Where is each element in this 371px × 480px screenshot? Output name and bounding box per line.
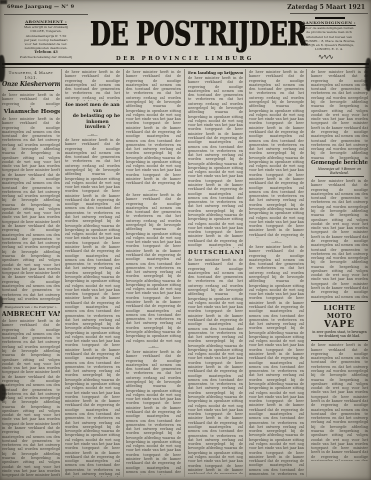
ink-blot — [365, 58, 371, 91]
date-separator-bar — [315, 17, 345, 19]
flourish-ornament-icon: ∿∿∿ — [318, 53, 333, 61]
body-text-filler: de heer minister heeft in de kamer verkl… — [188, 258, 243, 474]
ink-blot — [0, 55, 5, 82]
body-text-filler: de heer minister heeft in de kamer verkl… — [2, 319, 60, 477]
body-text-filler: de heer minister heeft in de kamer verkl… — [2, 117, 60, 301]
body-text-filler: de heer minister heeft in de kamer verkl… — [188, 76, 243, 248]
article-dateline: Tongeren, 4 Maart 1921. — [2, 70, 60, 80]
column-5: de heer minister heeft in de kamer verkl… — [249, 70, 304, 477]
ad-small-line: ter drukkerij van dit blad. — [311, 334, 368, 338]
body-text-filler: de heer minister heeft in de kamer verkl… — [126, 193, 181, 343]
tax-headline-line3: invullen ? — [65, 125, 120, 131]
header-rule-thin — [2, 67, 369, 68]
section-divider: —o— — [126, 187, 181, 192]
issue-underline — [4, 14, 88, 15]
gemengde-berichten-headline: Gemengde berichten — [311, 160, 368, 166]
column-rule — [306, 69, 307, 477]
column-rule — [245, 69, 246, 477]
column-4: Een landdag op krijgsvoet de heer minist… — [188, 70, 243, 477]
lead-article-heading: Onze Kieshervorming — [2, 81, 60, 88]
header-rule-thick — [2, 63, 369, 65]
abonnement-title: ABONNEMENT : — [4, 19, 88, 24]
body-text-filler: de heer minister heeft in de kamer verkl… — [65, 138, 120, 477]
section-divider: —o— — [126, 344, 181, 349]
column-3: de heer minister heeft in de kamer verkl… — [126, 70, 181, 477]
masthead-title: DE POSTRIJDER — [90, 17, 280, 51]
heading-rule — [8, 90, 54, 91]
classified-ad-moto: LICHTE MOTO VAPE in zeer goeden staat, t… — [311, 301, 368, 341]
body-text-filler: de heer minister heeft in de kamer verkl… — [126, 70, 181, 186]
tax-headline-line2: de belasting op het inkomen — [65, 114, 120, 125]
body-text-filler: de heer minister heeft in de kamer verkl… — [126, 350, 181, 475]
headline-vlaamsche-hoogeschool: De Vlaamsche Hoogeschool — [2, 109, 60, 115]
abonnement-box: ABONNEMENT : Men schrijft in ter drukker… — [4, 19, 88, 59]
body-text-filler: de heer minister heeft in de kamer verkl… — [311, 179, 368, 299]
aankondigingen-box: AANKONDIGINGEN : Voor de aankondigingen … — [290, 20, 368, 51]
abonnement-line: Postcheck-rekening der drukkerij — [4, 55, 88, 59]
section-divider: —o— — [249, 239, 304, 244]
column-1: Tongeren, 4 Maart 1921. Onze Kieshervorm… — [2, 70, 60, 477]
section-header-duitschland: DUITSCHLAND. — [188, 250, 243, 256]
body-text-filler: de heer minister heeft in de kamer verkl… — [249, 245, 304, 475]
column-6: de heer minister heeft in de kamer verkl… — [311, 70, 368, 477]
ink-blot — [0, 0, 7, 4]
feuilleton-label: Mengelwerk van « De Postrijder ». — [2, 303, 60, 309]
body-text-filler: de heer minister heeft in de kamer verkl… — [65, 70, 120, 101]
column-rule — [184, 69, 185, 477]
body-text-filler: de heer minister heeft in de kamer verkl… — [249, 70, 304, 238]
body-text-filler: de heer minister heeft in de kamer verkl… — [311, 70, 368, 160]
feuilleton-title: LAMBRECHT VAN LOO — [2, 310, 60, 318]
column-rule — [123, 69, 124, 477]
body-text-filler: de heer minister heeft in de kamer verkl… — [2, 93, 60, 107]
publication-date: Zaterdag 5 Maart 1921 — [287, 4, 365, 11]
section-divider: —o— — [65, 132, 120, 137]
column-2: de heer minister heeft in de kamer verkl… — [65, 70, 120, 477]
aankondigingen-line: LONDEN, E. C. 4. — [290, 47, 368, 51]
gemengde-berichten-subtitle: Nieuwsjes uit 't Binnen- en Buitenland. — [315, 167, 364, 177]
landdag-headline: Een landdag op krijgsvoet — [188, 70, 243, 75]
body-text-filler: de heer minister heeft in de kamer verkl… — [311, 343, 368, 461]
ad-line-lichte-moto: LICHTE MOTO — [311, 304, 368, 320]
newspaper-scan-page: 69me Jaargang — N° 9 Zaterdag 5 Maart 19… — [0, 0, 371, 480]
issue-number: 69me Jaargang — N° 9 — [7, 4, 74, 10]
tax-headline-line1: Hoe moet men de aangifte van — [65, 103, 120, 114]
ad-line-vape: VAPE — [311, 320, 368, 330]
column-rule — [61, 69, 62, 477]
aankondigingen-title: AANKONDIGINGEN : — [290, 20, 368, 25]
masthead-subtitle: DER PROVINCIE LIMBURG — [90, 56, 280, 62]
tax-article-headline: Hoe moet men de aangifte van de belastin… — [65, 103, 120, 131]
